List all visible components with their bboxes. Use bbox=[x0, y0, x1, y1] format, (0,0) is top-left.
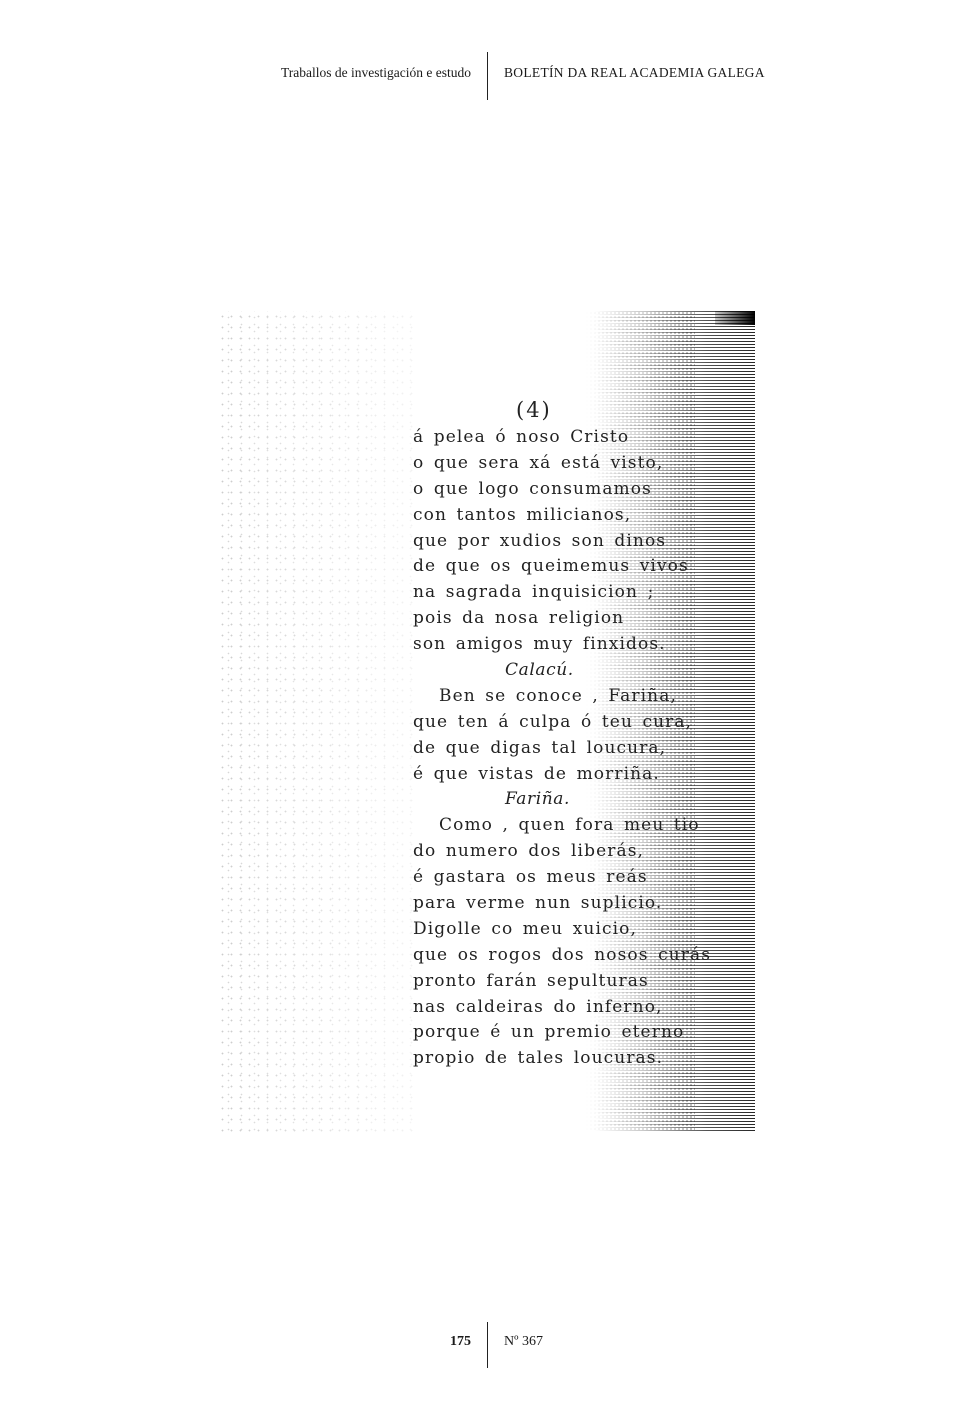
scan-page-number: (4) bbox=[413, 395, 753, 425]
page-number: 175 bbox=[450, 1334, 471, 1350]
verse-line: o que logo consumamos bbox=[413, 477, 753, 503]
verse-line: Digolle co meu xuicio, bbox=[413, 917, 753, 943]
verse-line: son amigos muy finxidos. bbox=[413, 632, 753, 658]
section-title: Traballos de investigación e estudo bbox=[281, 65, 471, 81]
verse-line: para verme nun suplicio. bbox=[413, 891, 753, 917]
speaker-name: Calacú. bbox=[413, 658, 753, 684]
verse-line: de que digas tal loucura, bbox=[413, 736, 753, 762]
verse-line: á pelea ó noso Cristo bbox=[413, 425, 753, 451]
header-divider bbox=[487, 52, 488, 100]
running-header: Traballos de investigación e estudo BOLE… bbox=[0, 52, 975, 100]
speaker-name: Fariña. bbox=[413, 787, 753, 813]
verse-line: é que vistas de morriña. bbox=[413, 762, 753, 788]
verse-line: de que os queimemus vivos bbox=[413, 554, 753, 580]
verse-line: Ben se conoce , Fariña, bbox=[413, 684, 753, 710]
verse-line: é gastara os meus reás bbox=[413, 865, 753, 891]
poem-lines: á pelea ó noso Cristoo que sera xá está … bbox=[413, 425, 753, 1072]
verse-line: Como , quen fora meu tio bbox=[413, 813, 753, 839]
scan-corner-shadow bbox=[715, 311, 755, 325]
verse-line: o que sera xá está visto, bbox=[413, 451, 753, 477]
verse-line: pois da nosa religion bbox=[413, 606, 753, 632]
footer-divider bbox=[487, 1322, 488, 1368]
verse-line: porque é un premio eterno bbox=[413, 1020, 753, 1046]
poem-text: (4) á pelea ó noso Cristoo que sera xá e… bbox=[413, 395, 753, 1072]
verse-line: que por xudios son dinos bbox=[413, 529, 753, 555]
running-footer: 175 Nº 367 bbox=[0, 1322, 975, 1368]
journal-title: BOLETÍN DA REAL ACADEMIA GALEGA bbox=[504, 65, 765, 81]
verse-line: que os rogos dos nosos curás bbox=[413, 943, 753, 969]
scanned-page-image: (4) á pelea ó noso Cristoo que sera xá e… bbox=[218, 311, 755, 1132]
verse-line: na sagrada inquisicion ; bbox=[413, 580, 753, 606]
verse-line: que ten á culpa ó teu cura, bbox=[413, 710, 753, 736]
verse-line: con tantos milicianos, bbox=[413, 503, 753, 529]
scan-noise bbox=[218, 311, 418, 1132]
verse-line: do numero dos liberás, bbox=[413, 839, 753, 865]
issue-number: Nº 367 bbox=[504, 1334, 543, 1350]
verse-line: pronto farán sepulturas bbox=[413, 969, 753, 995]
verse-line: propio de tales loucuras. bbox=[413, 1046, 753, 1072]
verse-line: nas caldeiras do inferno, bbox=[413, 995, 753, 1021]
